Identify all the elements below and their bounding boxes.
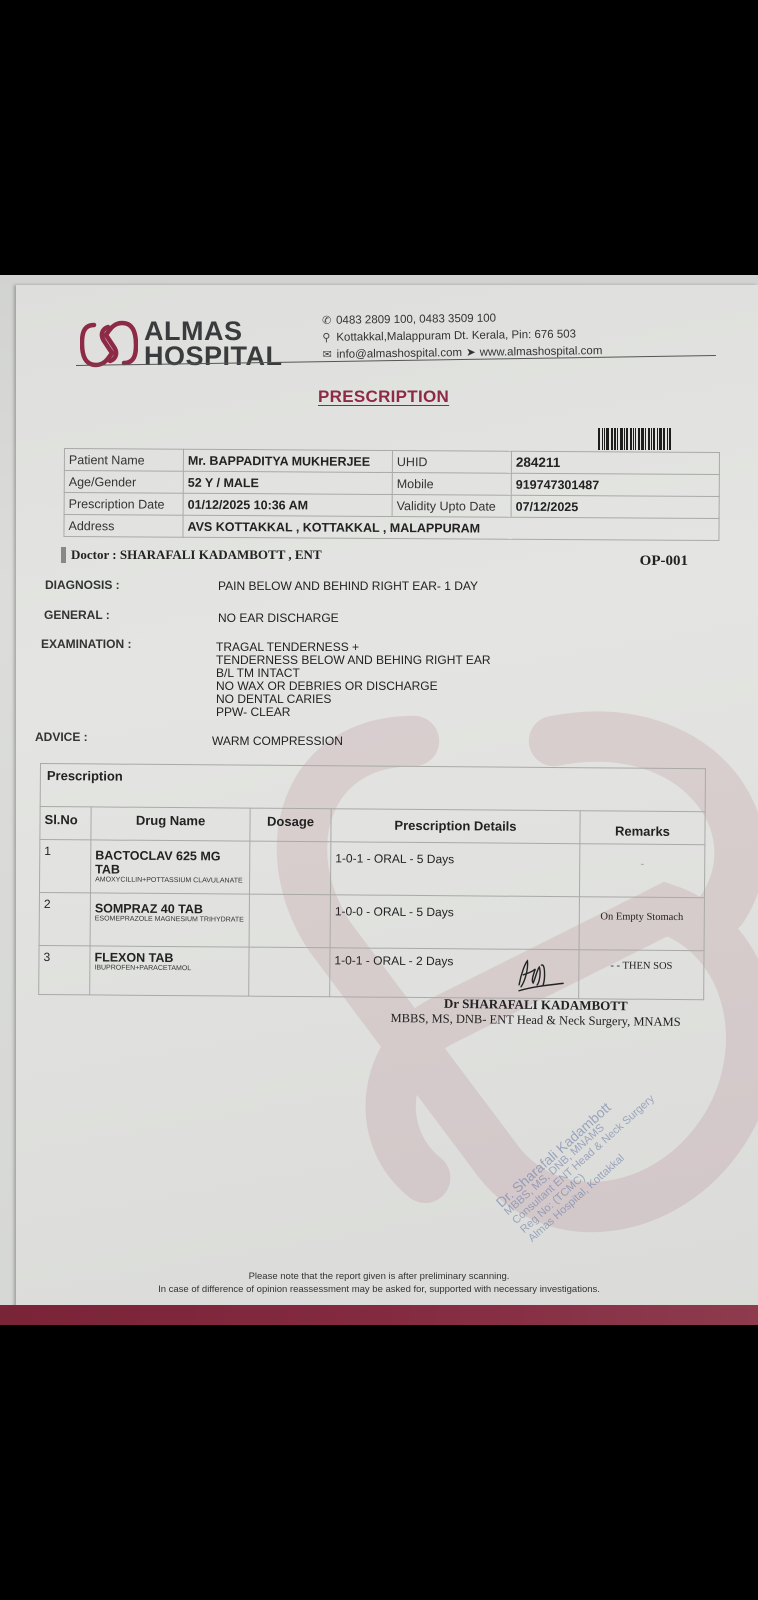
row-details: 1-0-1 - ORAL - 5 Days [330, 842, 579, 897]
hospital-name-line2: HOSPITAL [144, 344, 283, 369]
examination-values: TRAGAL TENDERNESS + TENDERNESS BELOW AND… [216, 641, 491, 719]
drug-name: SOMPRAZ 40 TAB [95, 901, 245, 916]
uhid-value: 284211 [511, 451, 719, 474]
row-drug: FLEXON TABIBUPROFEN+PARACETAMOL [90, 946, 249, 996]
advice-value: WARM COMPRESSION [212, 735, 343, 748]
col-prescription-details: Prescription Details [331, 809, 580, 844]
row-remarks: - [579, 844, 704, 898]
drug-name: BACTOCLAV 625 MG TAB [95, 848, 245, 877]
signature-icon [501, 955, 572, 996]
uhid-label: UHID [392, 451, 511, 474]
prescription-sheet: ALMAS HOSPITAL ✆0483 2809 100, 0483 3509… [16, 285, 758, 1325]
row-drug: SOMPRAZ 40 TABESOMEPRAZOLE MAGNESIUM TRI… [90, 893, 249, 947]
footer-line2: In case of difference of opinion reasses… [0, 1283, 758, 1296]
row-slno: 3 [39, 945, 90, 994]
row-details: 1-0-0 - ORAL - 5 Days [330, 895, 579, 950]
signature-block: Dr SHARAFALI KADAMBOTT MBBS, MS, DNB- EN… [376, 953, 697, 1030]
col-slno: Sl.No [40, 807, 91, 840]
mobile-value: 919747301487 [511, 473, 719, 496]
doctor-name: Doctor : SHARAFALI KADAMBOTT , ENT [71, 547, 322, 563]
document-title: PRESCRIPTION [318, 387, 449, 407]
general-value: NO EAR DISCHARGE [218, 612, 339, 625]
drug-generic: AMOXYCILLIN+POTTASSIUM CLAVULANATE [95, 876, 245, 885]
row-dosage [249, 947, 330, 997]
signatory-qualification: MBBS, MS, DNB- ENT Head & Neck Surgery, … [376, 1011, 696, 1030]
prescription-caption: Prescription [40, 764, 705, 812]
mobile-label: Mobile [392, 473, 511, 496]
validity-value: 07/12/2025 [511, 495, 719, 518]
age-gender-label: Age/Gender [64, 471, 183, 494]
patient-info-table: Patient Name Mr. BAPPADITYA MUKHERJEE UH… [63, 448, 720, 541]
col-drug-name: Drug Name [91, 807, 250, 841]
footer-band [0, 1305, 758, 1325]
hospital-contact: ✆0483 2809 100, 0483 3509 100 ⚲Kottakkal… [322, 309, 602, 364]
footer-line1: Please note that the report given is aft… [0, 1270, 758, 1283]
general-label: GENERAL : [44, 608, 110, 622]
almas-logo-icon [80, 319, 138, 369]
examination-item: PPW- CLEAR [216, 706, 491, 719]
row-drug: BACTOCLAV 625 MG TABAMOXYCILLIN+POTTASSI… [90, 840, 249, 894]
diagnosis-label: DIAGNOSIS : [45, 578, 120, 592]
barcode [598, 428, 706, 450]
row-slno: 1 [39, 840, 90, 893]
patient-name-label: Patient Name [64, 449, 183, 472]
address-value: AVS KOTTAKKAL , KOTTAKKAL , MALAPPURAM [183, 515, 719, 540]
patient-name: Mr. BAPPADITYA MUKHERJEE [183, 449, 392, 472]
validity-label: Validity Upto Date [392, 495, 511, 518]
document-photo: ALMAS HOSPITAL ✆0483 2809 100, 0483 3509… [0, 275, 758, 1325]
table-row: 1 BACTOCLAV 625 MG TABAMOXYCILLIN+POTTAS… [39, 840, 704, 898]
prescription-date-value: 01/12/2025 10:36 AM [183, 493, 392, 516]
location-pin-icon: ⚲ [322, 330, 336, 347]
drug-name: FLEXON TAB [94, 950, 244, 965]
doctor-marker [61, 547, 66, 563]
drug-generic: ESOMEPRAZOLE MAGNESIUM TRIHYDRATE [95, 915, 245, 924]
op-code: OP-001 [640, 553, 688, 570]
col-remarks: Remarks [580, 811, 705, 845]
examination-label: EXAMINATION : [41, 637, 131, 651]
age-gender-value: 52 Y / MALE [183, 471, 392, 494]
footer-disclaimer: Please note that the report given is aft… [0, 1270, 758, 1296]
drug-generic: IBUPROFEN+PARACETAMOL [94, 964, 244, 973]
stamp-line: Consultant ENT Head & Neck Surgery [510, 1093, 657, 1227]
row-dosage [249, 841, 330, 895]
row-remarks: On Empty Stomach [579, 897, 704, 951]
prescription-date-label: Prescription Date [64, 493, 183, 516]
doctor-line: Doctor : SHARAFALI KADAMBOTT , ENT [61, 547, 322, 563]
diagnosis-value: PAIN BELOW AND BEHIND RIGHT EAR- 1 DAY [218, 580, 478, 593]
row-slno: 2 [39, 892, 90, 945]
col-dosage: Dosage [250, 808, 331, 842]
address-label: Address [64, 515, 183, 538]
advice-label: ADVICE : [35, 730, 88, 744]
table-row: 2 SOMPRAZ 40 TABESOMEPRAZOLE MAGNESIUM T… [39, 892, 704, 950]
phone-icon: ✆ [322, 313, 336, 330]
row-dosage [249, 894, 330, 948]
doctor-stamp: Dr. Sharafali Kadambott MBBS, MS, DNB, M… [494, 1075, 673, 1245]
